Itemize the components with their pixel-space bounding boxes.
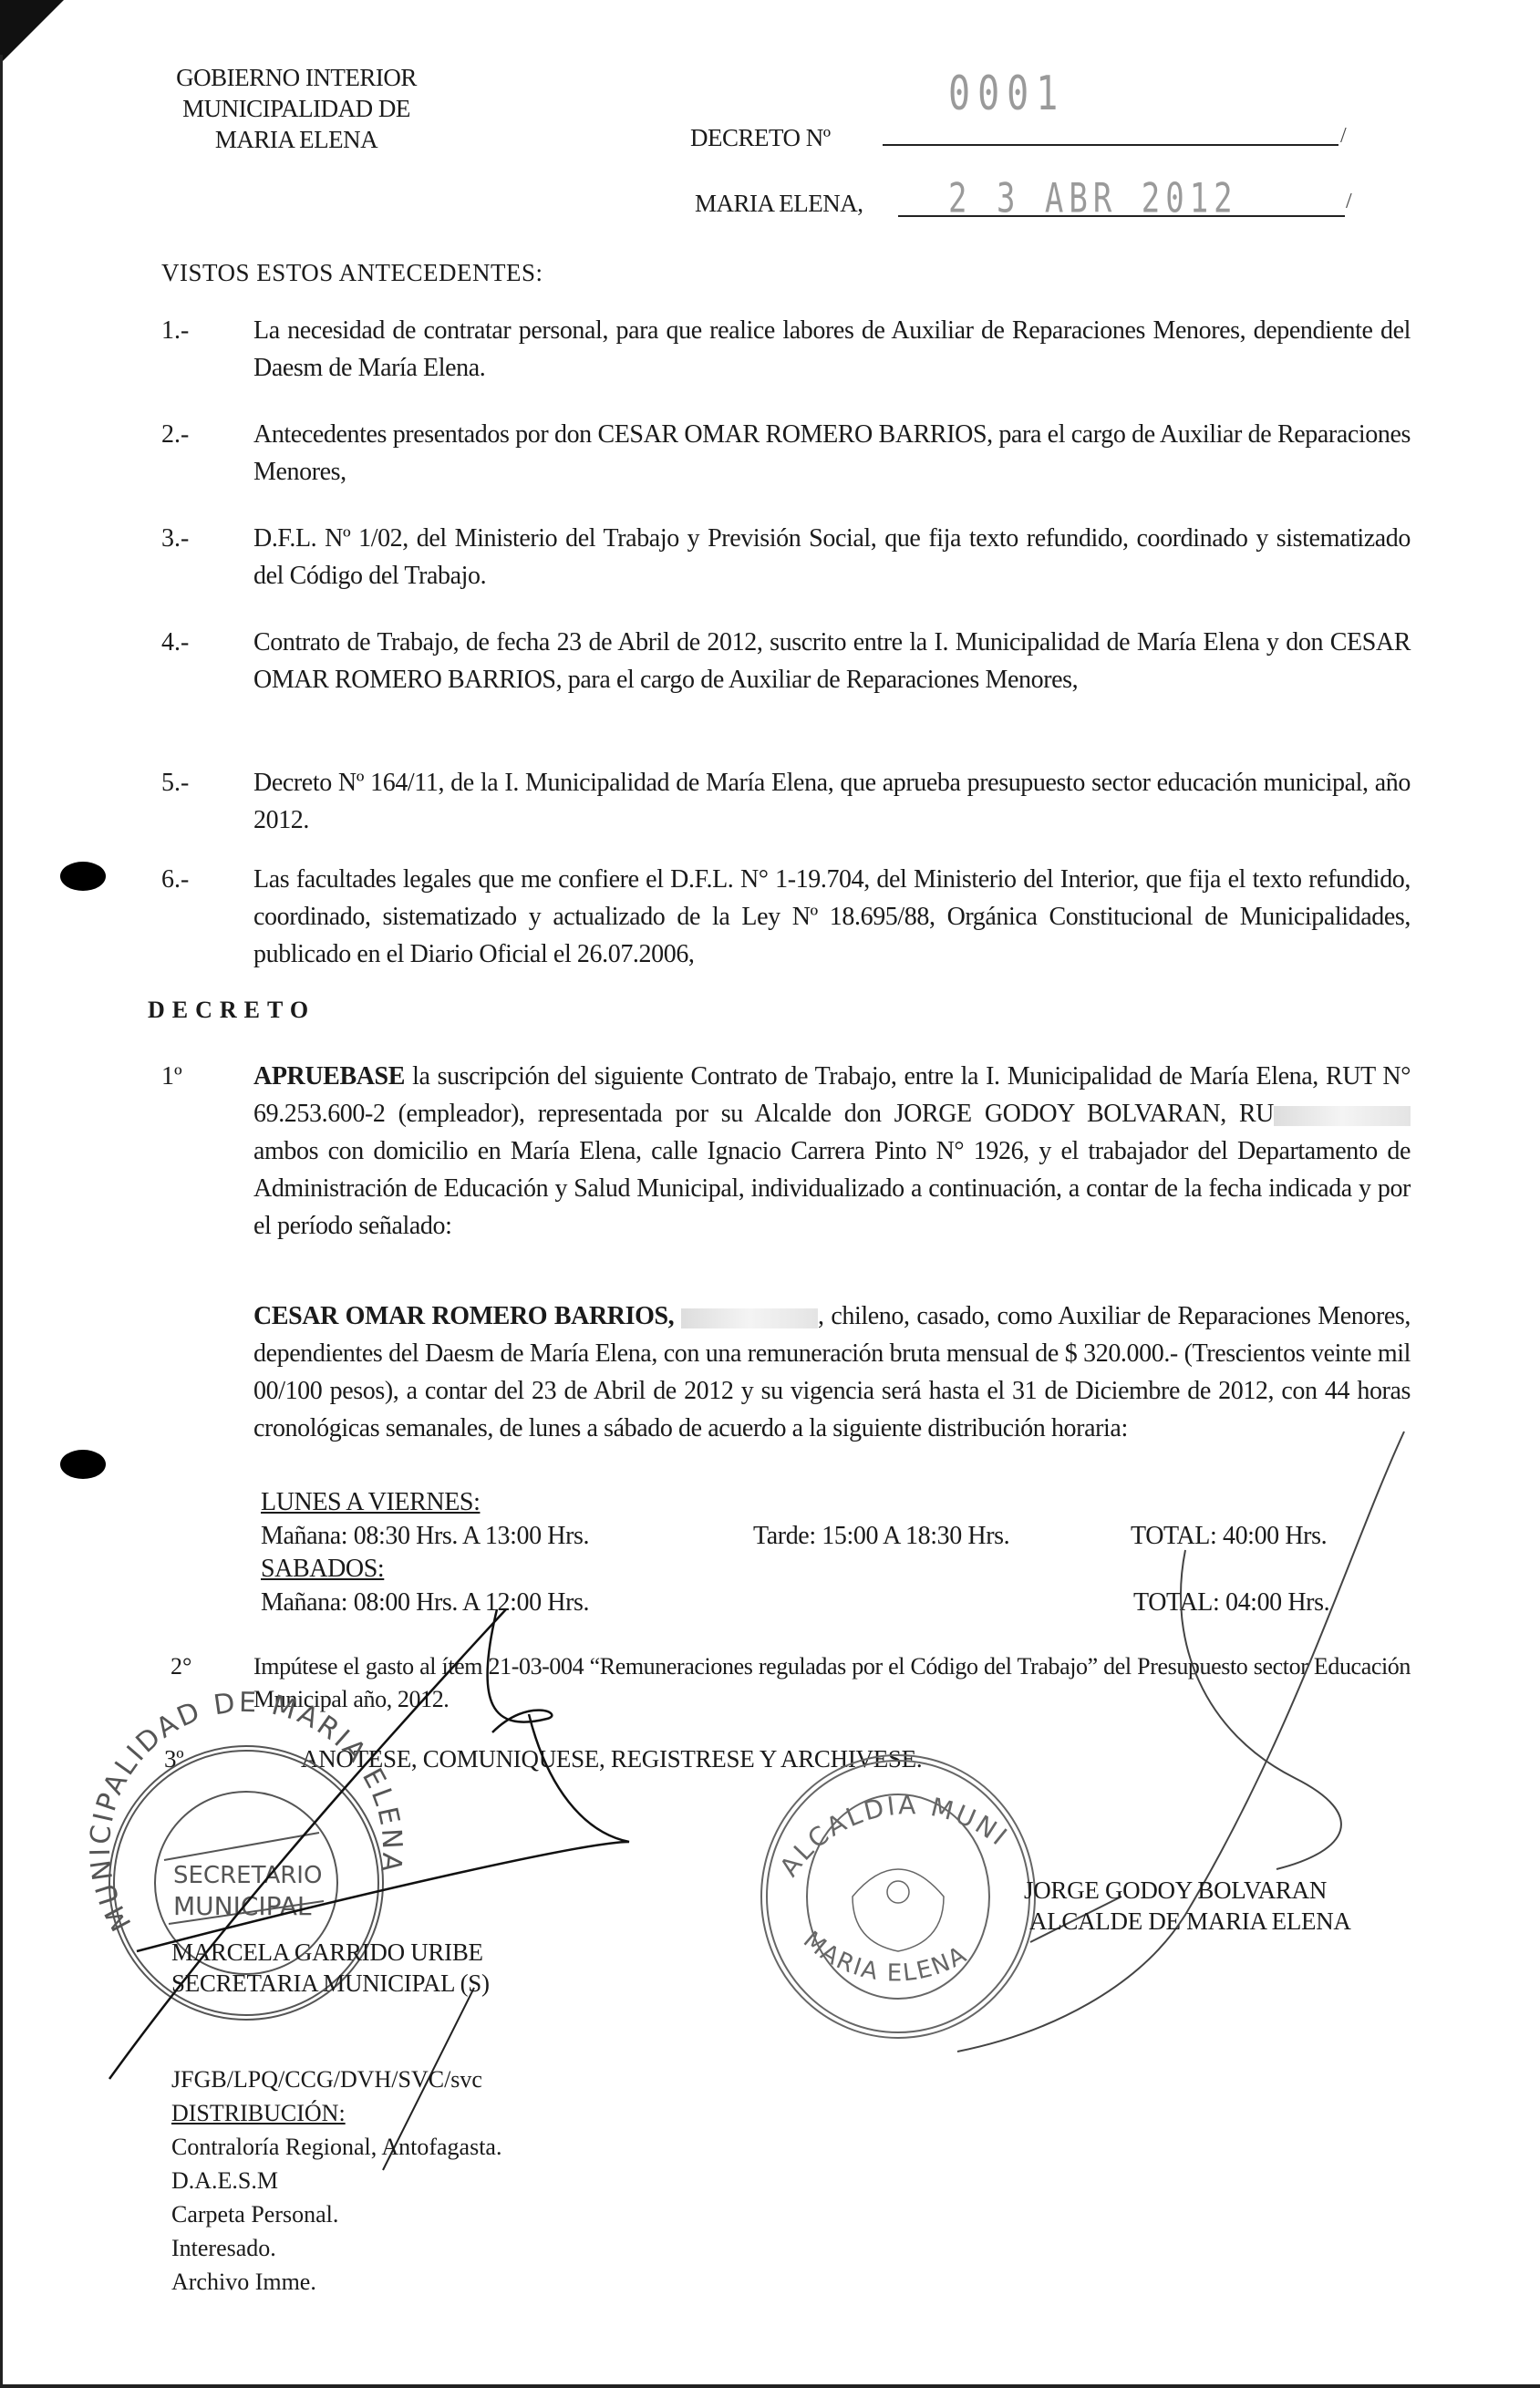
punch-hole-top bbox=[60, 862, 106, 891]
footer-block: JFGB/LPQ/CCG/DVH/SVC/svc DISTRIBUCIÓN: C… bbox=[171, 2062, 501, 2299]
apruebase-lead: APRUEBASE bbox=[253, 1062, 405, 1091]
org-line-2: MUNICIPALIDAD DE bbox=[137, 93, 456, 124]
punch-hole-bottom bbox=[60, 1450, 106, 1479]
redacted-run bbox=[1274, 1106, 1411, 1126]
worker-text: CESAR OMAR ROMERO BARRIOS, , chileno, ca… bbox=[253, 1297, 1411, 1447]
secretary-seal-inner-1: SECRETARIO bbox=[173, 1862, 322, 1889]
distribution-title: DISTRIBUCIÓN: bbox=[171, 2096, 501, 2130]
decreto-item-2: 2° Impútese el gasto al ítem 21-03-004 “… bbox=[161, 1650, 1411, 1716]
saturday-morning: Mañana: 08:00 Hrs. A 12:00 Hrs. bbox=[261, 1584, 589, 1621]
scan-corner-shadow bbox=[0, 0, 64, 64]
initials: JFGB/LPQ/CCG/DVH/SVC/svc bbox=[171, 2062, 501, 2096]
decreto-item-1-text-a: la suscripción del siguiente Contrato de… bbox=[253, 1062, 1411, 1128]
weekdays-morning: Mañana: 08:30 Hrs. A 13:00 Hrs. bbox=[261, 1517, 589, 1555]
vistos-item-text: Las facultades legales que me confiere e… bbox=[253, 861, 1411, 973]
mayor-title: ALCALDE DE MARIA ELENA bbox=[1024, 1906, 1351, 1937]
org-line-3: MARIA ELENA bbox=[137, 124, 456, 155]
decree-number-label: DECRETO Nº bbox=[690, 124, 831, 152]
saturday-label: SABADOS: bbox=[261, 1550, 384, 1587]
vistos-title: VISTOS ESTOS ANTECEDENTES: bbox=[161, 259, 543, 287]
secretary-signature-block: MARCELA GARRIDO URIBE SECRETARIA MUNICIP… bbox=[171, 1937, 490, 1999]
secretary-seal-inner-2: MUNICIPAL bbox=[173, 1891, 312, 1921]
scanned-document-page: GOBIERNO INTERIOR MUNICIPALIDAD DE MARIA… bbox=[0, 0, 1540, 2388]
distribution-item: D.A.E.S.M bbox=[171, 2164, 501, 2197]
vistos-item-5: 5.- Decreto Nº 164/11, de la I. Municipa… bbox=[161, 764, 1411, 839]
vistos-item-text: Contrato de Trabajo, de fecha 23 de Abri… bbox=[253, 624, 1411, 698]
place-label: MARIA ELENA, bbox=[695, 190, 863, 218]
org-header: GOBIERNO INTERIOR MUNICIPALIDAD DE MARIA… bbox=[137, 62, 456, 155]
vistos-item-number: 2.- bbox=[161, 416, 243, 453]
decreto-item-number: 2° bbox=[171, 1650, 253, 1683]
vistos-item-1: 1.- La necesidad de contratar personal, … bbox=[161, 312, 1411, 387]
vistos-item-number: 6.- bbox=[161, 861, 243, 898]
org-line-1: GOBIERNO INTERIOR bbox=[137, 62, 456, 93]
vistos-item-2: 2.- Antecedentes presentados por don CES… bbox=[161, 416, 1411, 491]
decreto-item-text: Impútese el gasto al ítem 21-03-004 “Rem… bbox=[253, 1650, 1411, 1716]
weekdays-total: TOTAL: 40:00 Hrs. bbox=[1131, 1517, 1327, 1555]
scan-bottom-edge bbox=[0, 2384, 1540, 2388]
decreto-item-1-text-b: ambos con domicilio en María Elena, call… bbox=[253, 1137, 1411, 1240]
decree-number-slash: / bbox=[1340, 124, 1347, 149]
date-line bbox=[898, 215, 1345, 217]
vistos-item-text: D.F.L. Nº 1/02, del Ministerio del Traba… bbox=[253, 520, 1411, 594]
decree-number-line bbox=[883, 144, 1338, 146]
weekdays-label: LUNES A VIERNES: bbox=[261, 1483, 480, 1521]
mayor-seal bbox=[761, 1755, 1035, 2038]
secretary-seal-outer-text: MUNICIPALIDAD DE MARIA ELENA bbox=[85, 1687, 408, 1936]
distribution-item: Interesado. bbox=[171, 2231, 501, 2265]
vistos-item-number: 5.- bbox=[161, 764, 243, 801]
distribution-item: Carpeta Personal. bbox=[171, 2197, 501, 2231]
decreto-title: DECRETO bbox=[148, 997, 315, 1024]
decreto-item-1: 1º APRUEBASE la suscripción del siguient… bbox=[161, 1058, 1411, 1245]
mayor-name: JORGE GODOY BOLVARAN bbox=[1024, 1875, 1351, 1906]
date-slash: / bbox=[1346, 190, 1352, 214]
secretary-name: MARCELA GARRIDO URIBE bbox=[171, 1937, 490, 1968]
mayor-signature-block: JORGE GODOY BOLVARAN ALCALDE DE MARIA EL… bbox=[1024, 1875, 1351, 1937]
vistos-item-number: 3.- bbox=[161, 520, 243, 557]
saturday-total: TOTAL: 04:00 Hrs. bbox=[1133, 1584, 1329, 1621]
mayor-seal-bottom-text: MARIA ELENA bbox=[798, 1927, 972, 1988]
redacted-worker-run bbox=[681, 1308, 818, 1328]
decreto-item-number: 1º bbox=[161, 1058, 243, 1095]
vistos-item-6: 6.- Las facultades legales que me confie… bbox=[161, 861, 1411, 973]
scan-left-edge bbox=[0, 55, 3, 2388]
decreto-item-3-number: 3º bbox=[164, 1743, 183, 1774]
weekdays-afternoon: Tarde: 15:00 A 18:30 Hrs. bbox=[753, 1517, 1009, 1555]
decreto-item-text: APRUEBASE la suscripción del siguiente C… bbox=[253, 1058, 1411, 1245]
vistos-item-4: 4.- Contrato de Trabajo, de fecha 23 de … bbox=[161, 624, 1411, 698]
secretary-title: SECRETARIA MUNICIPAL (S) bbox=[171, 1968, 490, 1999]
decree-number-stamp: 0001 bbox=[948, 67, 1065, 121]
vistos-item-text: La necesidad de contratar personal, para… bbox=[253, 312, 1411, 387]
vistos-item-number: 1.- bbox=[161, 312, 243, 349]
worker-paragraph: CESAR OMAR ROMERO BARRIOS, , chileno, ca… bbox=[161, 1297, 1411, 1447]
distribution-item: Contraloría Regional, Antofagasta. bbox=[171, 2130, 501, 2164]
vistos-item-text: Decreto Nº 164/11, de la I. Municipalida… bbox=[253, 764, 1411, 839]
distribution-item: Archivo Imme. bbox=[171, 2265, 501, 2299]
vistos-item-text: Antecedentes presentados por don CESAR O… bbox=[253, 416, 1411, 491]
worker-name: CESAR OMAR ROMERO BARRIOS, bbox=[253, 1302, 674, 1330]
decreto-item-3-text: ANOTESE, COMUNIQUESE, REGISTRESE Y ARCHI… bbox=[301, 1743, 922, 1774]
vistos-item-number: 4.- bbox=[161, 624, 243, 661]
vistos-item-3: 3.- D.F.L. Nº 1/02, del Ministerio del T… bbox=[161, 520, 1411, 594]
